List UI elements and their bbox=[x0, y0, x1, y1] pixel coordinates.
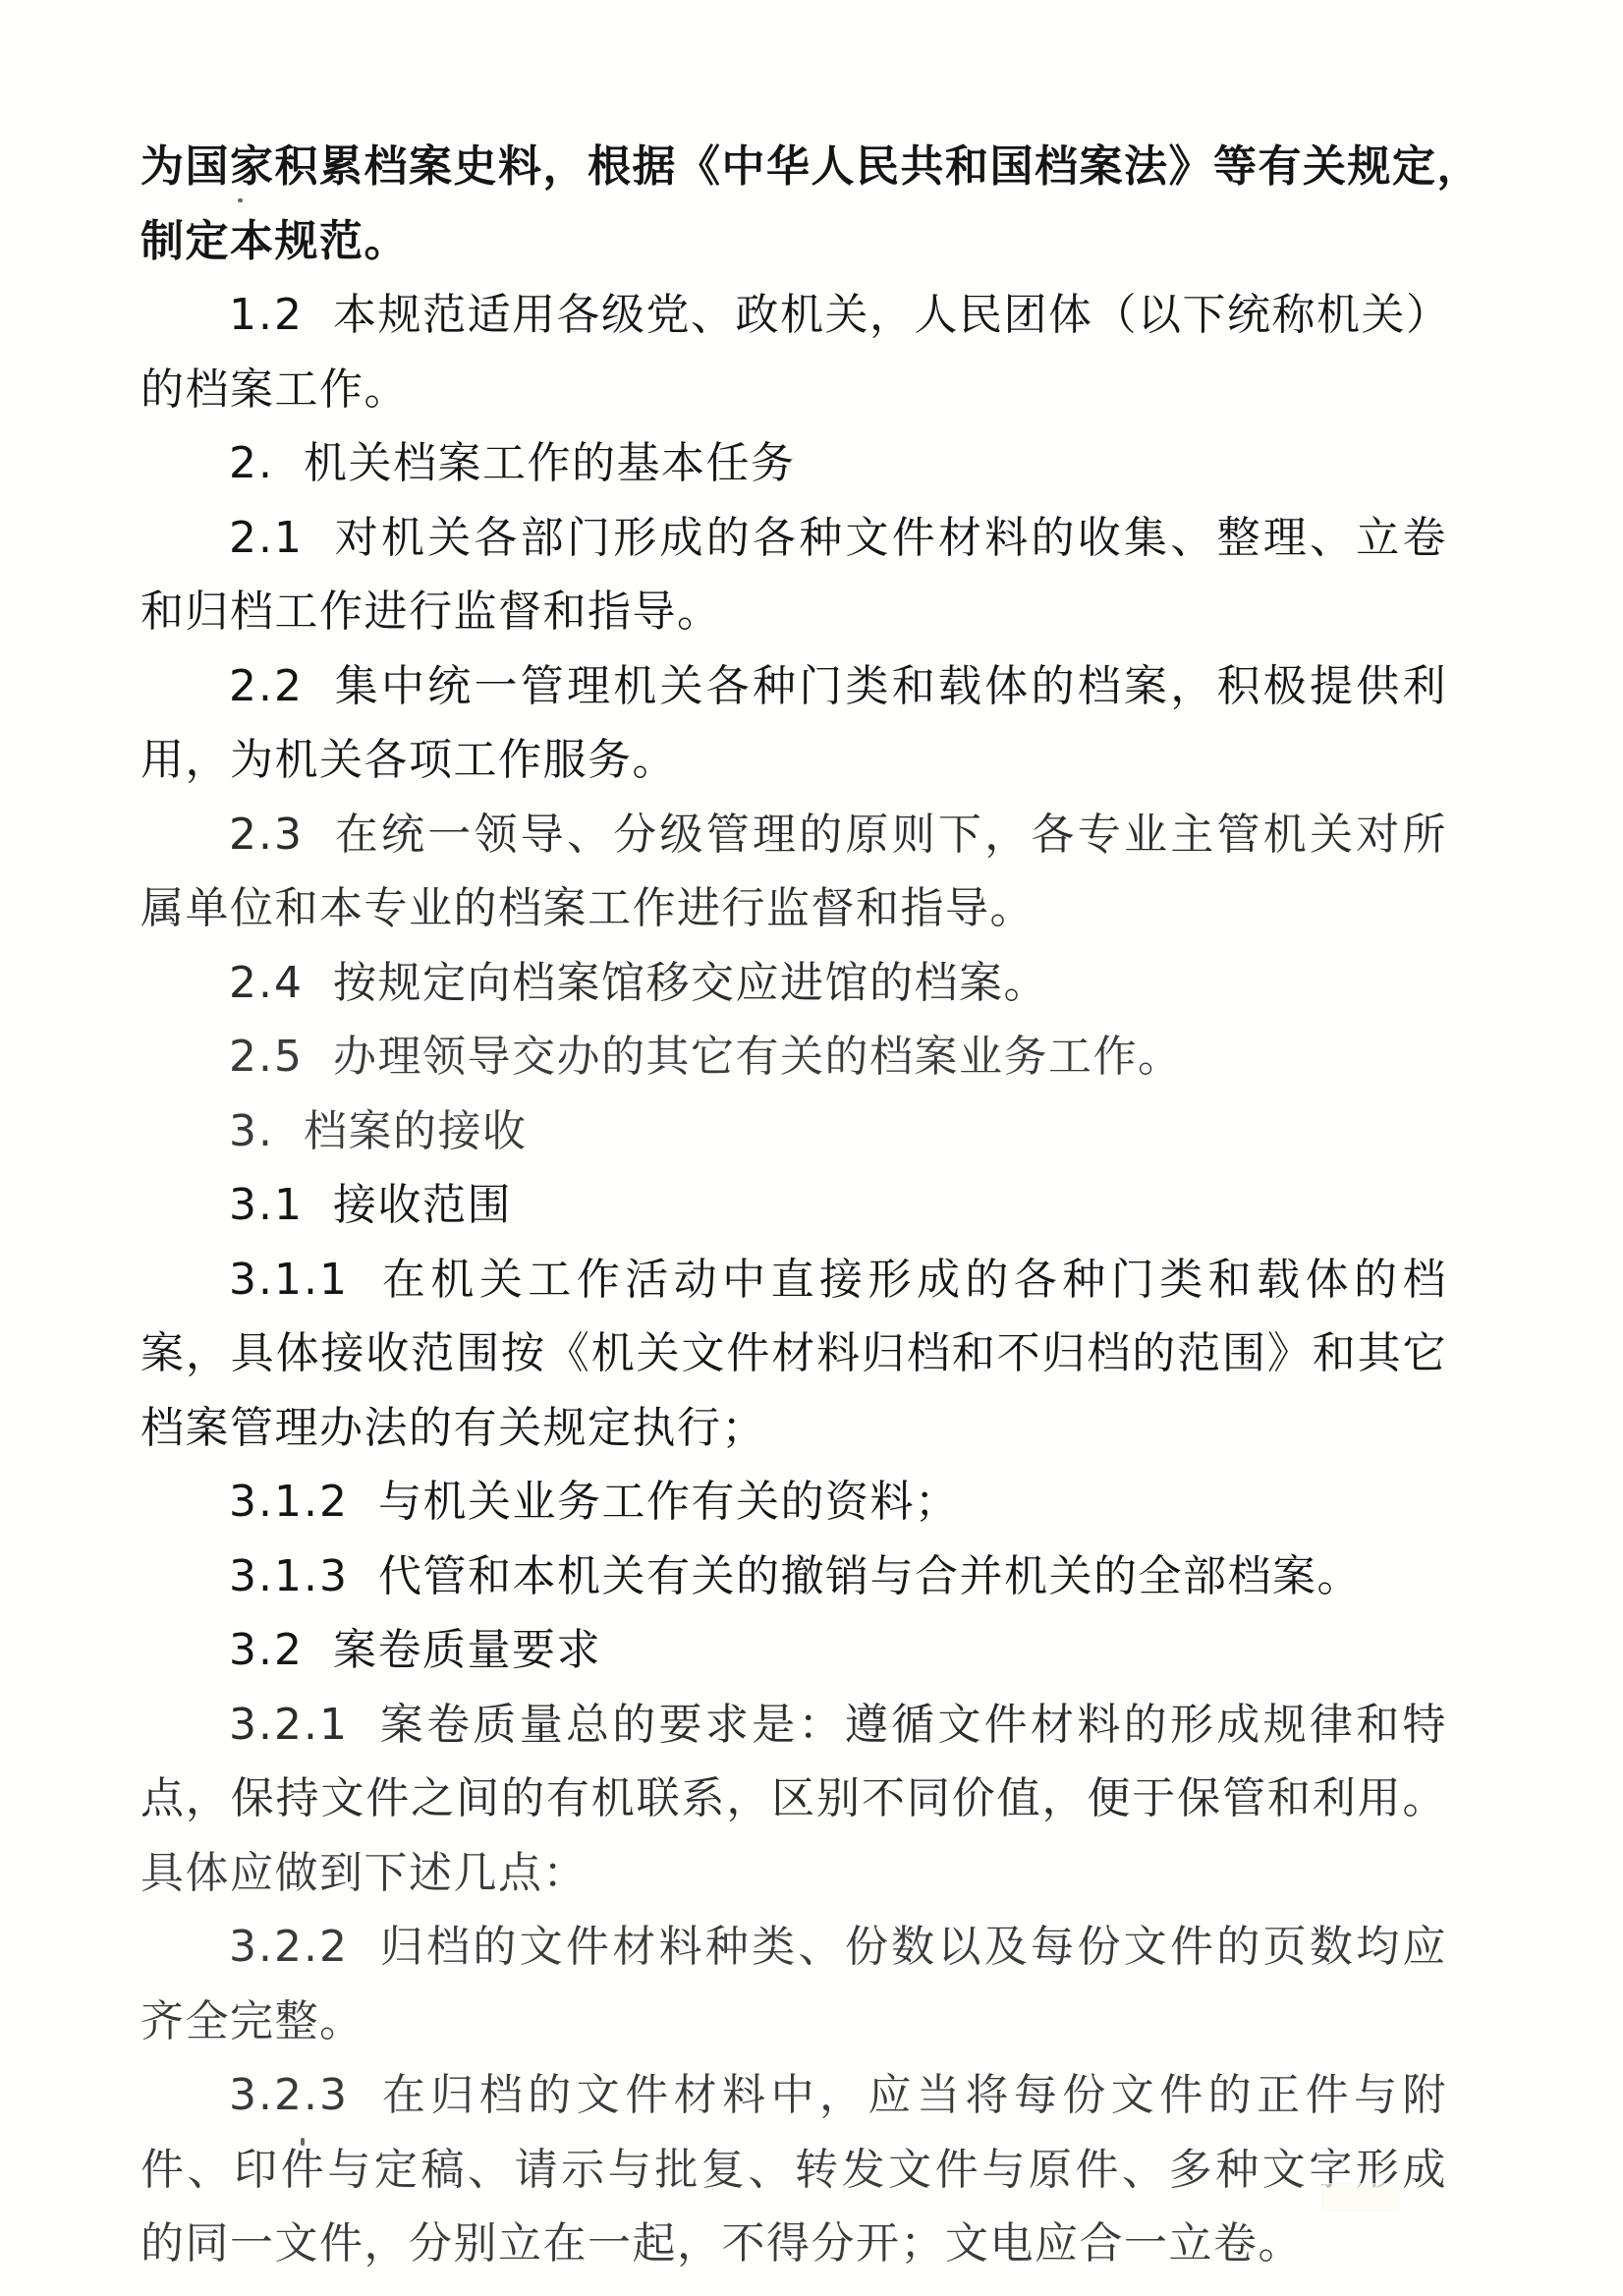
section-title: 机关档案工作的基本任务 bbox=[304, 438, 796, 488]
section-number: 2.1 bbox=[229, 501, 304, 576]
paragraph-line: 属单位和本专业的档案工作进行监督和指导。 bbox=[140, 871, 1447, 946]
section-number: 2.5 bbox=[229, 1020, 304, 1094]
paragraph-text: 与机关业务工作有关的资料； bbox=[378, 1477, 960, 1527]
paragraph-line: 具体应做到下述几点： bbox=[140, 1836, 1447, 1911]
section-2-3: 2.3在统一领导、分级管理的原则下，各专业主管机关对所 bbox=[140, 798, 1447, 872]
section-3-2-3: 3.2.3在归档的文件材料中，应当将每份文件的正件与附 bbox=[140, 2058, 1447, 2133]
section-number: 2. bbox=[229, 426, 274, 501]
paragraph-line: 的同一文件，分别立在一起，不得分开；文电应合一立卷。 bbox=[140, 2207, 1447, 2281]
section-3-1-3: 3.1.3代管和本机关有关的撤销与合并机关的全部档案。 bbox=[140, 1540, 1447, 1614]
section-3-1-2: 3.1.2与机关业务工作有关的资料； bbox=[140, 1465, 1447, 1540]
paragraph-text: 归档的文件材料种类、份数以及每份文件的页数均应 bbox=[378, 1922, 1447, 1972]
section-1-2: 1.2本规范适用各级党、政机关，人民团体（以下统称机关） bbox=[140, 278, 1447, 353]
paragraph-line: 制定本规范。 bbox=[140, 204, 1447, 279]
paragraph-line: 用，为机关各项工作服务。 bbox=[140, 723, 1447, 798]
section-3-1-1: 3.1.1在机关工作活动中直接形成的各种门类和载体的档 bbox=[140, 1243, 1447, 1317]
paragraph-text: 办理领导交办的其它有关的档案业务工作。 bbox=[333, 1032, 1183, 1082]
section-2-2: 2.2集中统一管理机关各种门类和载体的档案，积极提供利 bbox=[140, 649, 1447, 724]
section-number: 2.4 bbox=[229, 946, 304, 1021]
section-number: 3.2.2 bbox=[229, 1910, 349, 1985]
section-number: 3.2 bbox=[229, 1613, 304, 1688]
section-number: 3. bbox=[229, 1094, 274, 1169]
paragraph-text: 在归档的文件材料中，应当将每份文件的正件与附 bbox=[378, 2070, 1447, 2120]
paragraph-text: 在统一领导、分级管理的原则下，各专业主管机关对所 bbox=[333, 810, 1447, 860]
section-heading-3-2: 3.2案卷质量要求 bbox=[140, 1613, 1447, 1688]
section-number: 3.1.2 bbox=[229, 1465, 349, 1540]
section-heading-2: 2.机关档案工作的基本任务 bbox=[140, 426, 1447, 501]
faded-page-number bbox=[1321, 2183, 1400, 2212]
paragraph-line: 为国家积累档案史料，根据《中华人民共和国档案法》等有关规定， bbox=[140, 130, 1447, 204]
scanned-page: 为国家积累档案史料，根据《中华人民共和国档案法》等有关规定， 制定本规范。 1.… bbox=[0, 0, 1623, 2296]
section-3-2-1: 3.2.1案卷质量总的要求是：遵循文件材料的形成规律和特 bbox=[140, 1688, 1447, 1763]
section-number: 3.1.1 bbox=[229, 1243, 349, 1317]
paragraph-text: 集中统一管理机关各种门类和载体的档案，积极提供利 bbox=[333, 661, 1447, 711]
section-heading-3-1: 3.1接收范围 bbox=[140, 1168, 1447, 1243]
document-body: 为国家积累档案史料，根据《中华人民共和国档案法》等有关规定， 制定本规范。 1.… bbox=[140, 130, 1447, 2281]
section-2-5: 2.5办理领导交办的其它有关的档案业务工作。 bbox=[140, 1020, 1447, 1094]
paragraph-line: 齐全完整。 bbox=[140, 1985, 1447, 2059]
section-title: 档案的接收 bbox=[304, 1106, 528, 1156]
paragraph-line: 和归档工作进行监督和指导。 bbox=[140, 575, 1447, 649]
section-title: 案卷质量要求 bbox=[333, 1625, 601, 1675]
section-title: 接收范围 bbox=[333, 1180, 512, 1230]
paragraph-text: 代管和本机关有关的撤销与合并机关的全部档案。 bbox=[378, 1551, 1362, 1601]
section-number: 2.2 bbox=[229, 649, 304, 724]
paragraph-text: 按规定向档案馆移交应进馆的档案。 bbox=[333, 958, 1048, 1008]
section-number: 3.2.3 bbox=[229, 2058, 349, 2133]
section-number: 3.1.3 bbox=[229, 1540, 349, 1614]
paragraph-text: 对机关各部门形成的各种文件材料的收集、整理、立卷 bbox=[333, 513, 1447, 563]
section-number: 1.2 bbox=[229, 278, 304, 353]
section-number: 2.3 bbox=[229, 798, 304, 872]
section-number: 3.2.1 bbox=[229, 1688, 349, 1763]
paragraph-text: 在机关工作活动中直接形成的各种门类和载体的档 bbox=[378, 1255, 1447, 1305]
section-number: 3.1 bbox=[229, 1168, 304, 1243]
paragraph-line: 的档案工作。 bbox=[140, 353, 1447, 427]
paragraph-line: 件、印件与定稿、请示与批复、转发文件与原件、多种文字形成 bbox=[140, 2133, 1447, 2208]
section-heading-3: 3.档案的接收 bbox=[140, 1094, 1447, 1169]
section-2-4: 2.4按规定向档案馆移交应进馆的档案。 bbox=[140, 946, 1447, 1021]
paragraph-text: 案卷质量总的要求是：遵循文件材料的形成规律和特 bbox=[378, 1700, 1447, 1750]
paragraph-line: 点，保持文件之间的有机联系，区别不同价值，便于保管和利用。 bbox=[140, 1762, 1447, 1836]
paragraph-line: 档案管理办法的有关规定执行； bbox=[140, 1391, 1447, 1466]
section-3-2-2: 3.2.2归档的文件材料种类、份数以及每份文件的页数均应 bbox=[140, 1910, 1447, 1985]
paragraph-text: 本规范适用各级党、政机关，人民团体（以下统称机关） bbox=[333, 290, 1451, 340]
section-2-1: 2.1对机关各部门形成的各种文件材料的收集、整理、立卷 bbox=[140, 501, 1447, 576]
paragraph-line: 案，具体接收范围按《机关文件材料归档和不归档的范围》和其它 bbox=[140, 1316, 1447, 1391]
